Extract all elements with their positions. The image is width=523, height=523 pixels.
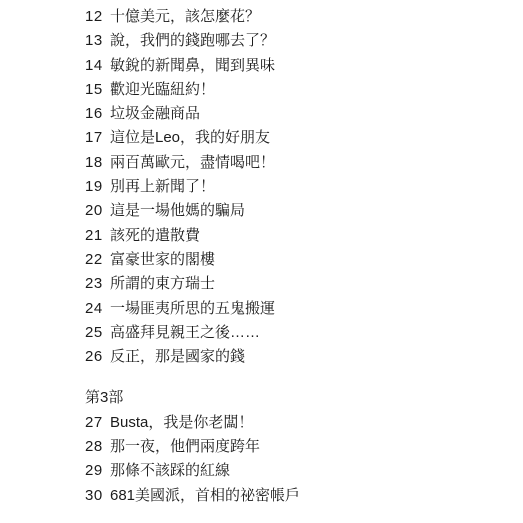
toc-entry-26[interactable]: 26 反正，那是國家的錢 — [85, 345, 513, 369]
toc-entry-12[interactable]: 12 十億美元，該怎麼花？ — [85, 5, 513, 29]
chapter-title: 說，我們的錢跑哪去了？ — [110, 29, 275, 53]
chapter-title: 該死的遣散費 — [110, 224, 200, 248]
chapter-number: 12 — [85, 5, 110, 29]
toc-entry-16[interactable]: 16 垃圾金融商品 — [85, 102, 513, 126]
chapter-number: 18 — [85, 151, 110, 175]
toc-entry-25[interactable]: 25 高盛拜見親王之後…… — [85, 321, 513, 345]
chapter-number: 23 — [85, 272, 110, 296]
toc-entry-15[interactable]: 15 歡迎光臨紐約！ — [85, 78, 513, 102]
toc-entry-13[interactable]: 13 說，我們的錢跑哪去了？ — [85, 29, 513, 53]
chapter-title: 681美國派，首相的祕密帳戶 — [110, 484, 300, 508]
chapter-number: 14 — [85, 54, 110, 78]
chapter-number: 24 — [85, 297, 110, 321]
chapter-title: 敏銳的新聞鼻，聞到異味 — [110, 54, 275, 78]
chapter-title: 歡迎光臨紐約！ — [110, 78, 215, 102]
chapter-title: 一場匪夷所思的五鬼搬運 — [110, 297, 275, 321]
toc-entry-22[interactable]: 22 富豪世家的閣樓 — [85, 248, 513, 272]
chapter-number: 28 — [85, 435, 110, 459]
toc-entry-29[interactable]: 29 那條不該踩的紅線 — [85, 459, 513, 483]
toc-entry-30[interactable]: 30 681美國派，首相的祕密帳戶 — [85, 484, 513, 508]
toc-entry-18[interactable]: 18 兩百萬歐元，盡情喝吧！ — [85, 151, 513, 175]
chapter-number: 22 — [85, 248, 110, 272]
chapter-number: 13 — [85, 29, 110, 53]
chapter-number: 19 — [85, 175, 110, 199]
chapter-title: 反正，那是國家的錢 — [110, 345, 245, 369]
chapter-number: 21 — [85, 224, 110, 248]
toc-entry-20[interactable]: 20 這是一場他媽的騙局 — [85, 199, 513, 223]
table-of-contents: 12 十億美元，該怎麼花？ 13 說，我們的錢跑哪去了？ 14 敏銳的新聞鼻，聞… — [0, 0, 523, 508]
toc-entry-28[interactable]: 28 那一夜，他們兩度跨年 — [85, 435, 513, 459]
chapter-number: 27 — [85, 411, 110, 435]
chapter-title: 這位是Leo，我的好朋友 — [110, 126, 270, 150]
chapter-number: 16 — [85, 102, 110, 126]
chapter-title: 富豪世家的閣樓 — [110, 248, 215, 272]
chapter-title: 所謂的東方瑞士 — [110, 272, 215, 296]
chapter-number: 25 — [85, 321, 110, 345]
chapter-title: Busta，我是你老闆！ — [110, 411, 253, 435]
toc-entry-24[interactable]: 24 一場匪夷所思的五鬼搬運 — [85, 297, 513, 321]
chapter-number: 17 — [85, 126, 110, 150]
chapter-title: 這是一場他媽的騙局 — [110, 199, 245, 223]
chapter-number: 30 — [85, 484, 110, 508]
chapter-title: 垃圾金融商品 — [110, 102, 200, 126]
toc-entry-14[interactable]: 14 敏銳的新聞鼻，聞到異味 — [85, 54, 513, 78]
chapter-number: 29 — [85, 459, 110, 483]
toc-entry-21[interactable]: 21 該死的遣散費 — [85, 224, 513, 248]
chapter-title: 兩百萬歐元，盡情喝吧！ — [110, 151, 275, 175]
chapter-number: 15 — [85, 78, 110, 102]
chapter-title: 那條不該踩的紅線 — [110, 459, 230, 483]
chapter-title: 十億美元，該怎麼花？ — [110, 5, 260, 29]
chapter-number: 20 — [85, 199, 110, 223]
toc-entry-19[interactable]: 19 別再上新聞了！ — [85, 175, 513, 199]
chapter-title: 別再上新聞了！ — [110, 175, 215, 199]
toc-entry-23[interactable]: 23 所謂的東方瑞士 — [85, 272, 513, 296]
chapter-number: 26 — [85, 345, 110, 369]
toc-entry-27[interactable]: 27 Busta，我是你老闆！ — [85, 411, 513, 435]
part-3-heading: 第3部 — [85, 386, 513, 410]
chapter-title: 高盛拜見親王之後…… — [110, 321, 260, 345]
chapter-title: 那一夜，他們兩度跨年 — [110, 435, 260, 459]
toc-entry-17[interactable]: 17 這位是Leo，我的好朋友 — [85, 126, 513, 150]
